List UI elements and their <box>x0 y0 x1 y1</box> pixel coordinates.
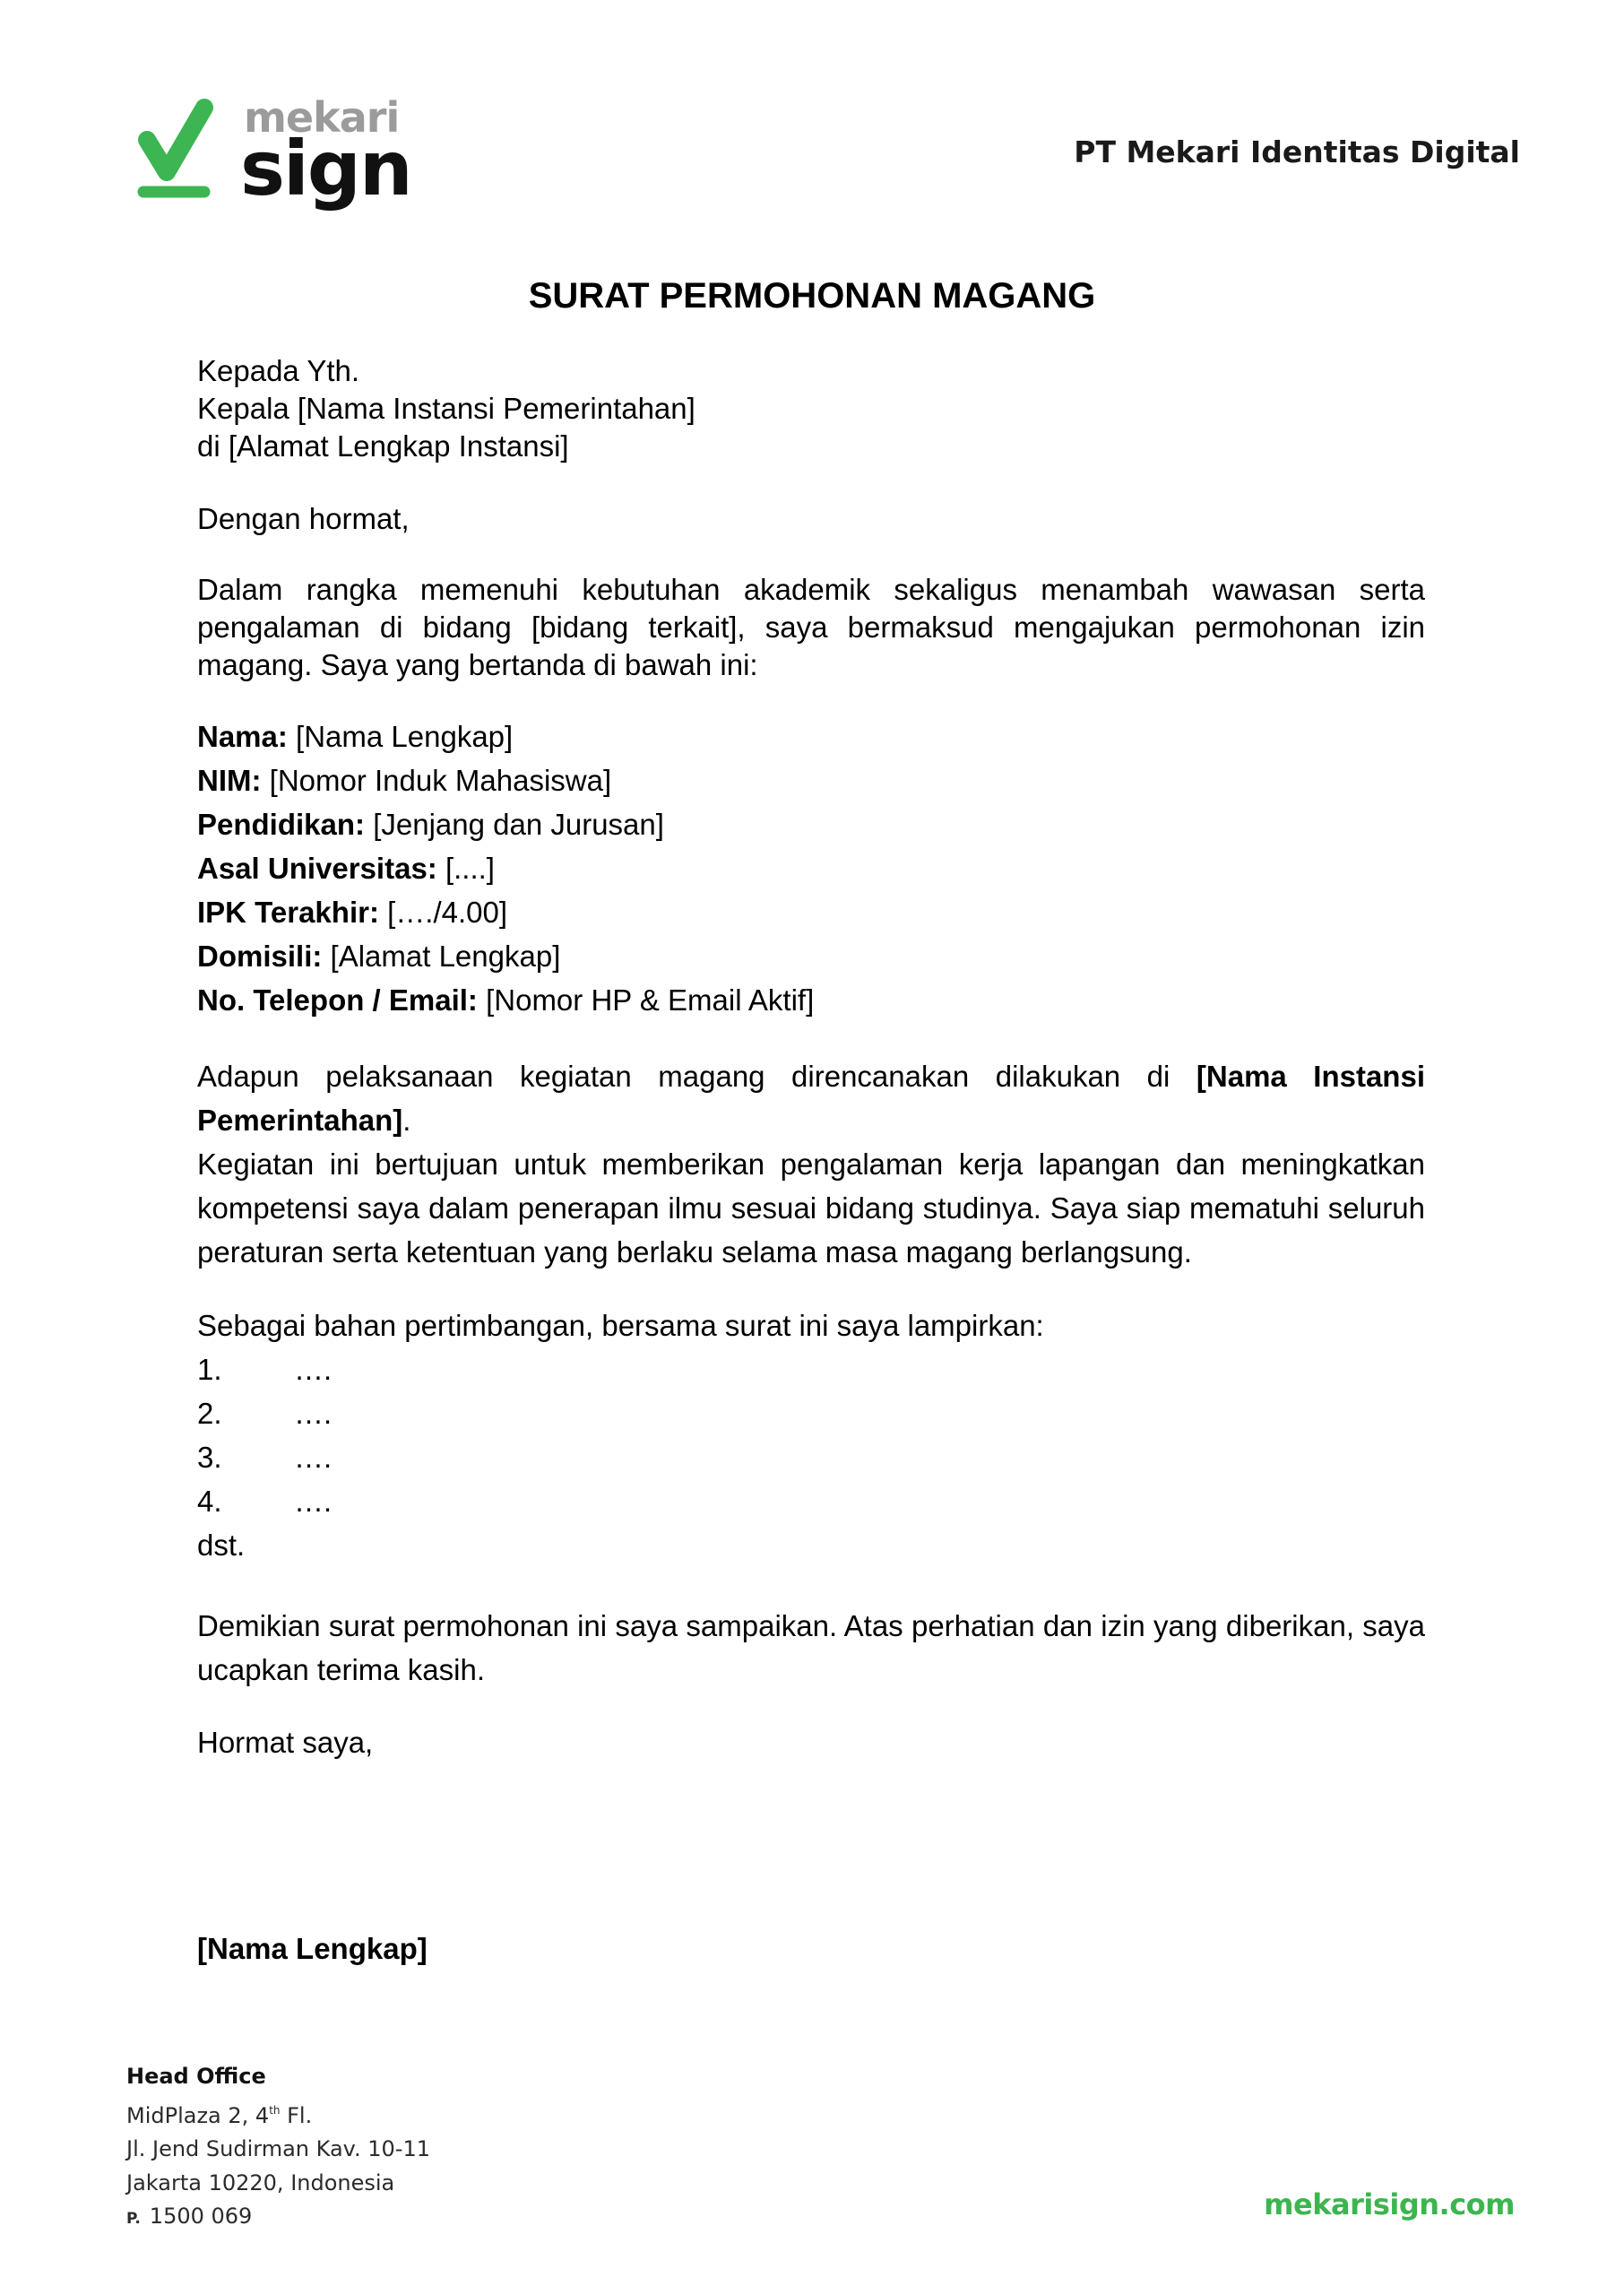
company-name: PT Mekari Identitas Digital <box>1074 134 1520 169</box>
attachment-text: …. <box>294 1347 332 1391</box>
attachment-text: …. <box>294 1435 332 1479</box>
office-heading: Head Office <box>126 2060 430 2094</box>
recipient-block: Kepada Yth. Kepala [Nama Instansi Pemeri… <box>197 352 1425 465</box>
recipient-line: di [Alamat Lengkap Instansi] <box>197 428 1425 465</box>
signature-name: [Nama Lengkap] <box>197 1930 1425 1968</box>
attachment-number: 4. <box>197 1479 294 1523</box>
field-value: […./4.00] <box>387 896 507 929</box>
head-office-address: Head Office MidPlaza 2, 4th Fl. Jl. Jend… <box>126 2060 430 2237</box>
attachments-block: Sebagai bahan pertimbangan, bersama sura… <box>197 1303 1425 1567</box>
field-pendidikan: Pendidikan: [Jenjang dan Jurusan] <box>197 802 1425 846</box>
mekari-sign-logo: mekari sign <box>134 97 403 227</box>
field-label: NIM: <box>197 764 261 797</box>
address-line-1: MidPlaza 2, 4th Fl. <box>126 2094 430 2134</box>
phone-line: P.1500 069 <box>126 2200 430 2237</box>
field-label: IPK Terakhir: <box>197 896 379 929</box>
address-line-2: Jl. Jend Sudirman Kav. 10-11 <box>126 2133 430 2167</box>
attachment-number: 3. <box>197 1435 294 1479</box>
field-value: [Nomor HP & Email Aktif] <box>486 983 814 1017</box>
recipient-line: Kepala [Nama Instansi Pemerintahan] <box>197 390 1425 428</box>
ordinal-suffix: th <box>269 2104 280 2117</box>
address-text: Fl. <box>281 2103 313 2128</box>
attachment-number: 1. <box>197 1347 294 1391</box>
address-text: MidPlaza 2, 4 <box>126 2103 269 2128</box>
field-value: [....] <box>445 852 495 885</box>
attachments-etc: dst. <box>197 1523 1425 1567</box>
attachment-text: …. <box>294 1479 332 1523</box>
field-value: [Jenjang dan Jurusan] <box>373 808 664 841</box>
field-value: [Nomor Induk Mahasiswa] <box>270 764 611 797</box>
document-title: SURAT PERMOHONAN MAGANG <box>0 276 1624 316</box>
purpose-paragraph: Kegiatan ini bertujuan untuk memberikan … <box>197 1142 1425 1274</box>
attachment-item: 1.…. <box>197 1347 1425 1391</box>
phone-number: 1500 069 <box>150 2204 253 2229</box>
plan-block: Adapun pelaksanaan kegiatan magang diren… <box>197 1054 1425 1274</box>
intro-paragraph: Dalam rangka memenuhi kebutuhan akademik… <box>197 571 1425 684</box>
field-asal-universitas: Asal Universitas: [....] <box>197 846 1425 890</box>
address-line-3: Jakarta 10220, Indonesia <box>126 2167 430 2201</box>
field-label: Pendidikan: <box>197 808 365 841</box>
greeting: Dengan hormat, <box>197 500 1425 538</box>
plan-suffix: . <box>402 1104 410 1137</box>
logo-word-sign: sign <box>240 131 411 206</box>
attachment-item: 3.…. <box>197 1435 1425 1479</box>
field-ipk: IPK Terakhir: […./4.00] <box>197 890 1425 934</box>
field-label: No. Telepon / Email: <box>197 983 478 1017</box>
attachment-item: 2.…. <box>197 1391 1425 1435</box>
closing-paragraph: Demikian surat permohonan ini saya sampa… <box>197 1604 1425 1692</box>
phone-label: P. <box>126 2210 141 2228</box>
attachment-number: 2. <box>197 1391 294 1435</box>
attachment-item: 4.…. <box>197 1479 1425 1523</box>
field-nim: NIM: [Nomor Induk Mahasiswa] <box>197 758 1425 802</box>
field-nama: Nama: [Nama Lengkap] <box>197 714 1425 758</box>
field-label: Nama: <box>197 720 288 753</box>
recipient-line: Kepada Yth. <box>197 352 1425 390</box>
field-telepon-email: No. Telepon / Email: [Nomor HP & Email A… <box>197 978 1425 1022</box>
plan-paragraph: Adapun pelaksanaan kegiatan magang diren… <box>197 1054 1425 1142</box>
field-value: [Nama Lengkap] <box>296 720 513 753</box>
applicant-fields: Nama: [Nama Lengkap] NIM: [Nomor Induk M… <box>197 714 1425 1022</box>
attachment-text: …. <box>294 1391 332 1435</box>
field-label: Domisili: <box>197 940 322 973</box>
field-value: [Alamat Lengkap] <box>331 940 561 973</box>
website-link[interactable]: mekarisign.com <box>1264 2187 1515 2221</box>
plan-text: Adapun pelaksanaan kegiatan magang diren… <box>197 1060 1196 1093</box>
attachments-intro: Sebagai bahan pertimbangan, bersama sura… <box>197 1303 1425 1347</box>
field-label: Asal Universitas: <box>197 852 437 885</box>
regards: Hormat saya, <box>197 1724 1425 1762</box>
field-domisili: Domisili: [Alamat Lengkap] <box>197 934 1425 978</box>
checkmark-underline-icon <box>134 97 224 204</box>
